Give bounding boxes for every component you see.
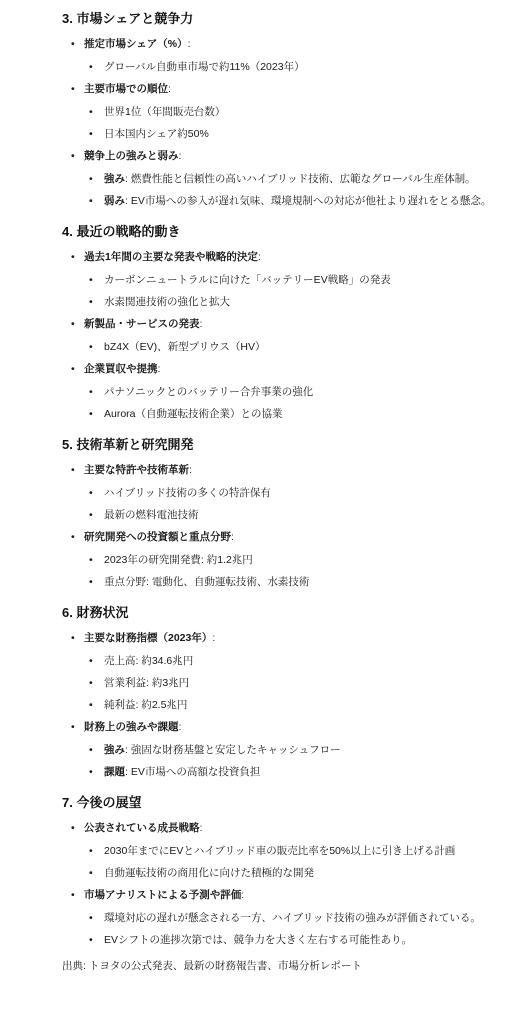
bullet-colon: : xyxy=(212,632,215,644)
bullet-label: 推定市場シェア（%） xyxy=(84,38,188,50)
sub-bullet-list: 強み: 燃費性能と信頼性の高いハイブリッド技術、広範なグローバル生産体制。 弱み… xyxy=(84,172,496,208)
bullet-colon: : xyxy=(179,721,182,733)
list-item: 過去1年間の主要な発表や戦略的決定: カーボンニュートラルに向けた「バッテリーE… xyxy=(62,250,496,309)
bullet-text: 最新の燃料電池技術 xyxy=(104,509,199,521)
bullet-colon: : xyxy=(200,318,203,330)
bullet-list: 過去1年間の主要な発表や戦略的決定: カーボンニュートラルに向けた「バッテリーE… xyxy=(62,250,496,421)
bullet-text: 売上高: 約34.6兆円 xyxy=(104,655,193,667)
bullet-colon: : xyxy=(241,889,244,901)
section-heading: 3. 市場シェアと競争力 xyxy=(62,10,496,27)
list-item: 強み: 燃費性能と信頼性の高いハイブリッド技術、広範なグローバル生産体制。 xyxy=(84,172,496,186)
list-item: 主要な特許や技術革新: ハイブリッド技術の多くの特許保有 最新の燃料電池技術 xyxy=(62,463,496,522)
list-item: グローバル自動車市場で約11%（2023年） xyxy=(84,60,496,74)
bullet-label: 公表されている成長戦略 xyxy=(84,822,200,834)
sub-bullet-list: 世界1位（年間販売台数） 日本国内シェア約50% xyxy=(84,105,496,141)
sub-bullet-list: 2023年の研究開発費: 約1.2兆円 重点分野: 電動化、自動運転技術、水素技… xyxy=(84,553,496,589)
sub-bullet-list: 強み: 強固な財務基盤と安定したキャッシュフロー 課題: EV市場への高額な投資… xyxy=(84,743,496,779)
bullet-text: ハイブリッド技術の多くの特許保有 xyxy=(104,487,271,499)
bullet-label: 財務上の強みや課題 xyxy=(84,721,179,733)
list-item: 営業利益: 約3兆円 xyxy=(84,676,496,690)
bullet-text: : 燃費性能と信頼性の高いハイブリッド技術、広範なグローバル生産体制。 xyxy=(125,173,476,185)
bullet-text: 自動運転技術の商用化に向けた積極的な開発 xyxy=(104,867,314,879)
document: 3. 市場シェアと競争力 推定市場シェア（%）: グローバル自動車市場で約11%… xyxy=(0,0,514,973)
bullet-colon: : xyxy=(231,531,234,543)
list-item: 売上高: 約34.6兆円 xyxy=(84,654,496,668)
bullet-text: グローバル自動車市場で約11%（2023年） xyxy=(104,61,305,73)
list-item: 企業買収や提携: パナソニックとのバッテリー合弁事業の強化 Aurora（自動運… xyxy=(62,362,496,421)
bullet-label: 競争上の強みと弱み xyxy=(84,150,179,162)
list-item: 環境対応の遅れが懸念される一方、ハイブリッド技術の強みが評価されている。 xyxy=(84,911,496,925)
list-item: 重点分野: 電動化、自動運転技術、水素技術 xyxy=(84,575,496,589)
list-item: 財務上の強みや課題: 強み: 強固な財務基盤と安定したキャッシュフロー 課題: … xyxy=(62,720,496,779)
list-item: 研究開発への投資額と重点分野: 2023年の研究開発費: 約1.2兆円 重点分野… xyxy=(62,530,496,589)
list-item: 市場アナリストによる予測や評価: 環境対応の遅れが懸念される一方、ハイブリッド技… xyxy=(62,888,496,947)
bullet-colon: : xyxy=(188,38,191,50)
section-outlook: 7. 今後の展望 公表されている成長戦略: 2030年までにEVとハイブリッド車… xyxy=(62,794,496,947)
bullet-list: 公表されている成長戦略: 2030年までにEVとハイブリッド車の販売比率を50%… xyxy=(62,821,496,947)
bullet-text: Aurora（自動運転技術企業）との協業 xyxy=(104,408,283,420)
sub-bullet-list: グローバル自動車市場で約11%（2023年） xyxy=(84,60,496,74)
sub-bullet-list: カーボンニュートラルに向けた「バッテリーEV戦略」の発表 水素関連技術の強化と拡… xyxy=(84,273,496,309)
bullet-colon: : xyxy=(189,464,192,476)
section-innovation-rnd: 5. 技術革新と研究開発 主要な特許や技術革新: ハイブリッド技術の多くの特許保… xyxy=(62,436,496,589)
bullet-text: パナソニックとのバッテリー合弁事業の強化 xyxy=(104,386,313,398)
list-item: 2023年の研究開発費: 約1.2兆円 xyxy=(84,553,496,567)
list-item: 日本国内シェア約50% xyxy=(84,127,496,141)
list-item: 純利益: 約2.5兆円 xyxy=(84,698,496,712)
list-item: 弱み: EV市場への参入が遅れ気味、環境規制への対応が他社より遅れをとる懸念。 xyxy=(84,194,496,208)
list-item: 課題: EV市場への高額な投資負担 xyxy=(84,765,496,779)
bullet-text: カーボンニュートラルに向けた「バッテリーEV戦略」の発表 xyxy=(104,274,391,286)
list-item: 強み: 強固な財務基盤と安定したキャッシュフロー xyxy=(84,743,496,757)
list-item: EVシフトの進捗次第では、競争力を大きく左右する可能性あり。 xyxy=(84,933,496,947)
bullet-list: 主要な財務指標（2023年）: 売上高: 約34.6兆円 営業利益: 約3兆円 … xyxy=(62,631,496,779)
bullet-list: 主要な特許や技術革新: ハイブリッド技術の多くの特許保有 最新の燃料電池技術 研… xyxy=(62,463,496,589)
section-financials: 6. 財務状況 主要な財務指標（2023年）: 売上高: 約34.6兆円 営業利… xyxy=(62,604,496,779)
list-item: 2030年までにEVとハイブリッド車の販売比率を50%以上に引き上げる計画 xyxy=(84,844,496,858)
bullet-label: 新製品・サービスの発表 xyxy=(84,318,200,330)
list-item: 主要な財務指標（2023年）: 売上高: 約34.6兆円 営業利益: 約3兆円 … xyxy=(62,631,496,712)
page: { "page": { "background": "#ffffff", "te… xyxy=(0,0,514,1024)
bullet-term: 強み xyxy=(104,173,125,185)
bullet-label: 企業買収や提携 xyxy=(84,363,158,375)
list-item: 世界1位（年間販売台数） xyxy=(84,105,496,119)
bullet-term: 課題 xyxy=(104,766,125,778)
section-heading: 4. 最近の戦略的動き xyxy=(62,223,496,240)
section-strategic-moves: 4. 最近の戦略的動き 過去1年間の主要な発表や戦略的決定: カーボンニュートラ… xyxy=(62,223,496,421)
bullet-text: bZ4X（EV)、新型プリウス（HV） xyxy=(104,341,265,353)
bullet-label: 研究開発への投資額と重点分野 xyxy=(84,531,231,543)
bullet-text: 世界1位（年間販売台数） xyxy=(104,106,225,118)
bullet-text: 環境対応の遅れが懸念される一方、ハイブリッド技術の強みが評価されている。 xyxy=(104,912,481,924)
bullet-term: 弱み xyxy=(104,195,125,207)
bullet-text: EVシフトの進捗次第では、競争力を大きく左右する可能性あり。 xyxy=(104,934,412,946)
sub-bullet-list: bZ4X（EV)、新型プリウス（HV） xyxy=(84,340,496,354)
bullet-text: 水素関連技術の強化と拡大 xyxy=(104,296,230,308)
source-note: 出典: トヨタの公式発表、最新の財務報告書、市場分析レポート xyxy=(62,959,496,973)
list-item: 主要市場での順位: 世界1位（年間販売台数） 日本国内シェア約50% xyxy=(62,82,496,141)
sub-bullet-list: パナソニックとのバッテリー合弁事業の強化 Aurora（自動運転技術企業）との協… xyxy=(84,385,496,421)
list-item: 新製品・サービスの発表: bZ4X（EV)、新型プリウス（HV） xyxy=(62,317,496,354)
section-heading: 5. 技術革新と研究開発 xyxy=(62,436,496,453)
bullet-colon: : xyxy=(200,822,203,834)
bullet-colon: : xyxy=(168,83,171,95)
list-item: 競争上の強みと弱み: 強み: 燃費性能と信頼性の高いハイブリッド技術、広範なグロ… xyxy=(62,149,496,208)
bullet-colon: : xyxy=(258,251,261,263)
bullet-text: 営業利益: 約3兆円 xyxy=(104,677,189,689)
bullet-text: 重点分野: 電動化、自動運転技術、水素技術 xyxy=(104,576,309,588)
sub-bullet-list: ハイブリッド技術の多くの特許保有 最新の燃料電池技術 xyxy=(84,486,496,522)
list-item: 最新の燃料電池技術 xyxy=(84,508,496,522)
bullet-colon: : xyxy=(179,150,182,162)
list-item: 水素関連技術の強化と拡大 xyxy=(84,295,496,309)
bullet-text: : EV市場への参入が遅れ気味、環境規制への対応が他社より遅れをとる懸念。 xyxy=(125,195,491,207)
section-heading: 6. 財務状況 xyxy=(62,604,496,621)
bullet-text: : 強固な財務基盤と安定したキャッシュフロー xyxy=(125,744,341,756)
bullet-colon: : xyxy=(158,363,161,375)
list-item: Aurora（自動運転技術企業）との協業 xyxy=(84,407,496,421)
bullet-text: 2030年までにEVとハイブリッド車の販売比率を50%以上に引き上げる計画 xyxy=(104,845,455,857)
bullet-label: 主要な特許や技術革新 xyxy=(84,464,189,476)
list-item: パナソニックとのバッテリー合弁事業の強化 xyxy=(84,385,496,399)
list-item: 公表されている成長戦略: 2030年までにEVとハイブリッド車の販売比率を50%… xyxy=(62,821,496,880)
section-heading: 7. 今後の展望 xyxy=(62,794,496,811)
bullet-label: 過去1年間の主要な発表や戦略的決定 xyxy=(84,251,258,263)
sub-bullet-list: 環境対応の遅れが懸念される一方、ハイブリッド技術の強みが評価されている。 EVシ… xyxy=(84,911,496,947)
bullet-label: 主要市場での順位 xyxy=(84,83,168,95)
list-item: 自動運転技術の商用化に向けた積極的な開発 xyxy=(84,866,496,880)
list-item: bZ4X（EV)、新型プリウス（HV） xyxy=(84,340,496,354)
list-item: ハイブリッド技術の多くの特許保有 xyxy=(84,486,496,500)
sub-bullet-list: 売上高: 約34.6兆円 営業利益: 約3兆円 純利益: 約2.5兆円 xyxy=(84,654,496,712)
bullet-term: 強み xyxy=(104,744,125,756)
sub-bullet-list: 2030年までにEVとハイブリッド車の販売比率を50%以上に引き上げる計画 自動… xyxy=(84,844,496,880)
bullet-label: 市場アナリストによる予測や評価 xyxy=(84,889,241,901)
bullet-text: 純利益: 約2.5兆円 xyxy=(104,699,187,711)
bullet-text: 日本国内シェア約50% xyxy=(104,128,209,140)
list-item: 推定市場シェア（%）: グローバル自動車市場で約11%（2023年） xyxy=(62,37,496,74)
bullet-text: : EV市場への高額な投資負担 xyxy=(125,766,260,778)
bullet-list: 推定市場シェア（%）: グローバル自動車市場で約11%（2023年） 主要市場で… xyxy=(62,37,496,208)
bullet-text: 2023年の研究開発費: 約1.2兆円 xyxy=(104,554,253,566)
bullet-label: 主要な財務指標（2023年） xyxy=(84,632,212,644)
list-item: カーボンニュートラルに向けた「バッテリーEV戦略」の発表 xyxy=(84,273,496,287)
section-market-share: 3. 市場シェアと競争力 推定市場シェア（%）: グローバル自動車市場で約11%… xyxy=(62,10,496,208)
